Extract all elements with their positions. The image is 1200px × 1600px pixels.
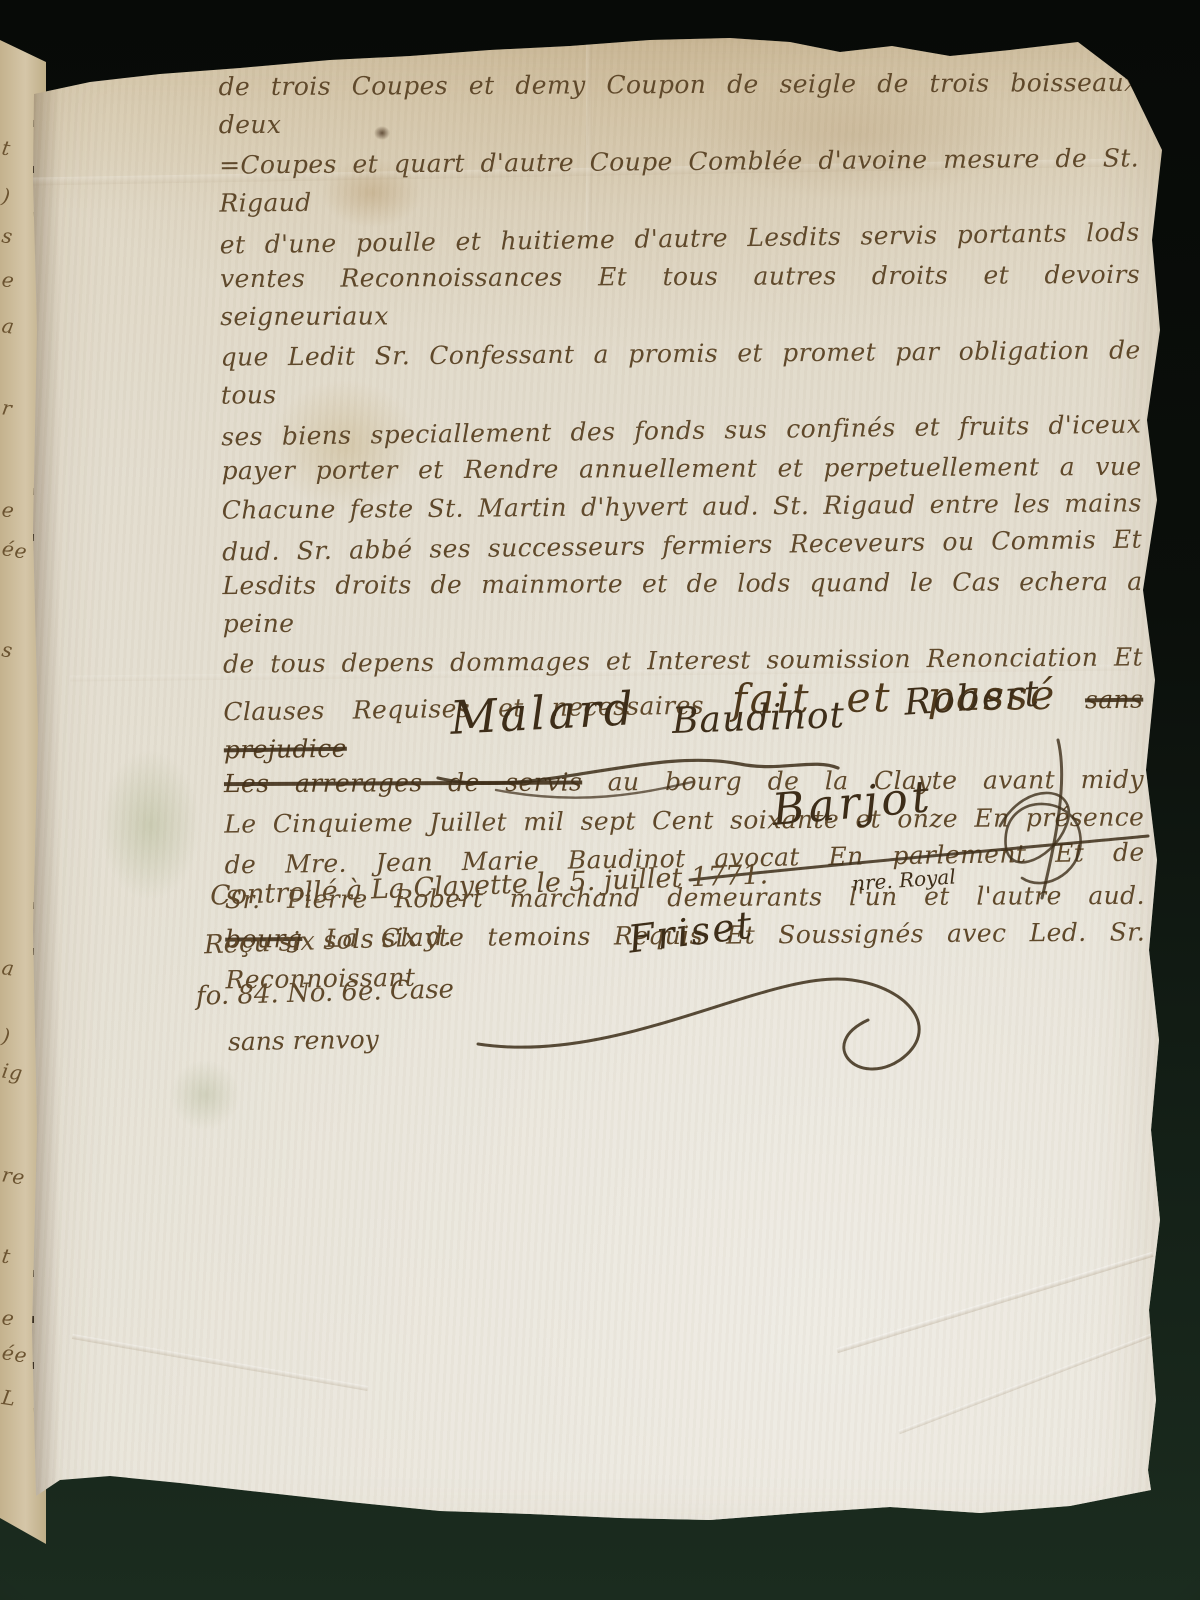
ink-fragment: t <box>0 1243 13 1268</box>
ink-fragment: t <box>0 135 13 160</box>
paper-stain <box>100 750 200 900</box>
signature-baudinot: Baudinot <box>671 695 845 742</box>
text-run: et d'une poulle et huitieme d'autre Lesd… <box>220 217 1140 259</box>
paper-crease <box>836 1252 1153 1353</box>
ink-fragment: e <box>0 1305 16 1331</box>
ink-fragment: s <box>0 223 15 248</box>
ink-fragment: e <box>0 267 16 293</box>
ink-fragment: re <box>0 1162 27 1189</box>
ink-fragment: L <box>0 1385 18 1411</box>
ink-fragment: r <box>0 395 14 420</box>
manuscript-page: de trois Coupes et demy Coupon de seigle… <box>30 30 1170 1550</box>
text-run: ses biens speciallement des fonds sus co… <box>221 409 1141 451</box>
control-line-4: sans renvoy <box>228 1025 379 1057</box>
manuscript-line: payer porter et Rendre annuellement et p… <box>221 448 1141 491</box>
manuscript-line: Lesdits droits de mainmorte et de lods q… <box>222 563 1142 644</box>
text-run: Le Cinquieme Juillet mil sept Cent soixa… <box>224 802 1144 838</box>
paper-crease <box>72 1334 368 1391</box>
ink-fragment: s <box>0 637 15 662</box>
ink-fragment: ée <box>0 536 29 564</box>
ink-fragment: e <box>0 497 16 523</box>
ink-fragment: ) <box>0 183 12 208</box>
manuscript-line: que Ledit Sr. Confessant a promis et pro… <box>220 331 1141 415</box>
manuscript-line: =Coupes et quart d'autre Coupe Comblée d… <box>219 139 1140 223</box>
manuscript-line: ventes Reconnoissances Et tous autres dr… <box>220 256 1140 337</box>
ink-fragment: a <box>0 313 17 339</box>
control-line-3: fo. 84. No. 6e. Case <box>196 974 455 1011</box>
ink-fragment: a <box>0 955 17 981</box>
ink-fragment: ée <box>0 1340 29 1368</box>
paper-stain <box>170 1060 240 1130</box>
text-run: =Coupes et quart d'autre Coupe Comblée d… <box>219 143 1139 218</box>
manuscript-line: Les arrerages de servis au bourg de la C… <box>224 761 1144 804</box>
text-run: Chacune feste St. Martin d'hyvert aud. S… <box>222 489 1142 525</box>
photo-background: t)seareéesa)igreteéeL de trois Coupes et… <box>0 0 1200 1600</box>
text-run <box>1057 685 1085 714</box>
signature-malard: Malard <box>449 681 638 745</box>
text-run: ventes Reconnoissances Et tous autres dr… <box>220 260 1140 332</box>
text-run: que Ledit Sr. Confessant a promis et pro… <box>221 335 1141 410</box>
text-run: Les arrerages de servis <box>224 768 582 799</box>
manuscript-text-block: de trois Coupes et demy Coupon de seigle… <box>218 62 1145 997</box>
paper-crease <box>898 1334 1152 1434</box>
ink-fragment: ig <box>0 1058 25 1085</box>
text-run: Lesdits droits de mainmorte et de lods q… <box>222 567 1142 639</box>
text-run: dud. Sr. abbé ses successeurs fermiers R… <box>222 524 1142 566</box>
text-run: payer porter et Rendre annuellement et p… <box>221 452 1141 485</box>
ink-fragment: ) <box>0 1023 12 1048</box>
manuscript-line: de trois Coupes et demy Coupon de seigle… <box>218 64 1138 145</box>
text-run: de trois Coupes et demy Coupon de seigle… <box>219 68 1139 140</box>
